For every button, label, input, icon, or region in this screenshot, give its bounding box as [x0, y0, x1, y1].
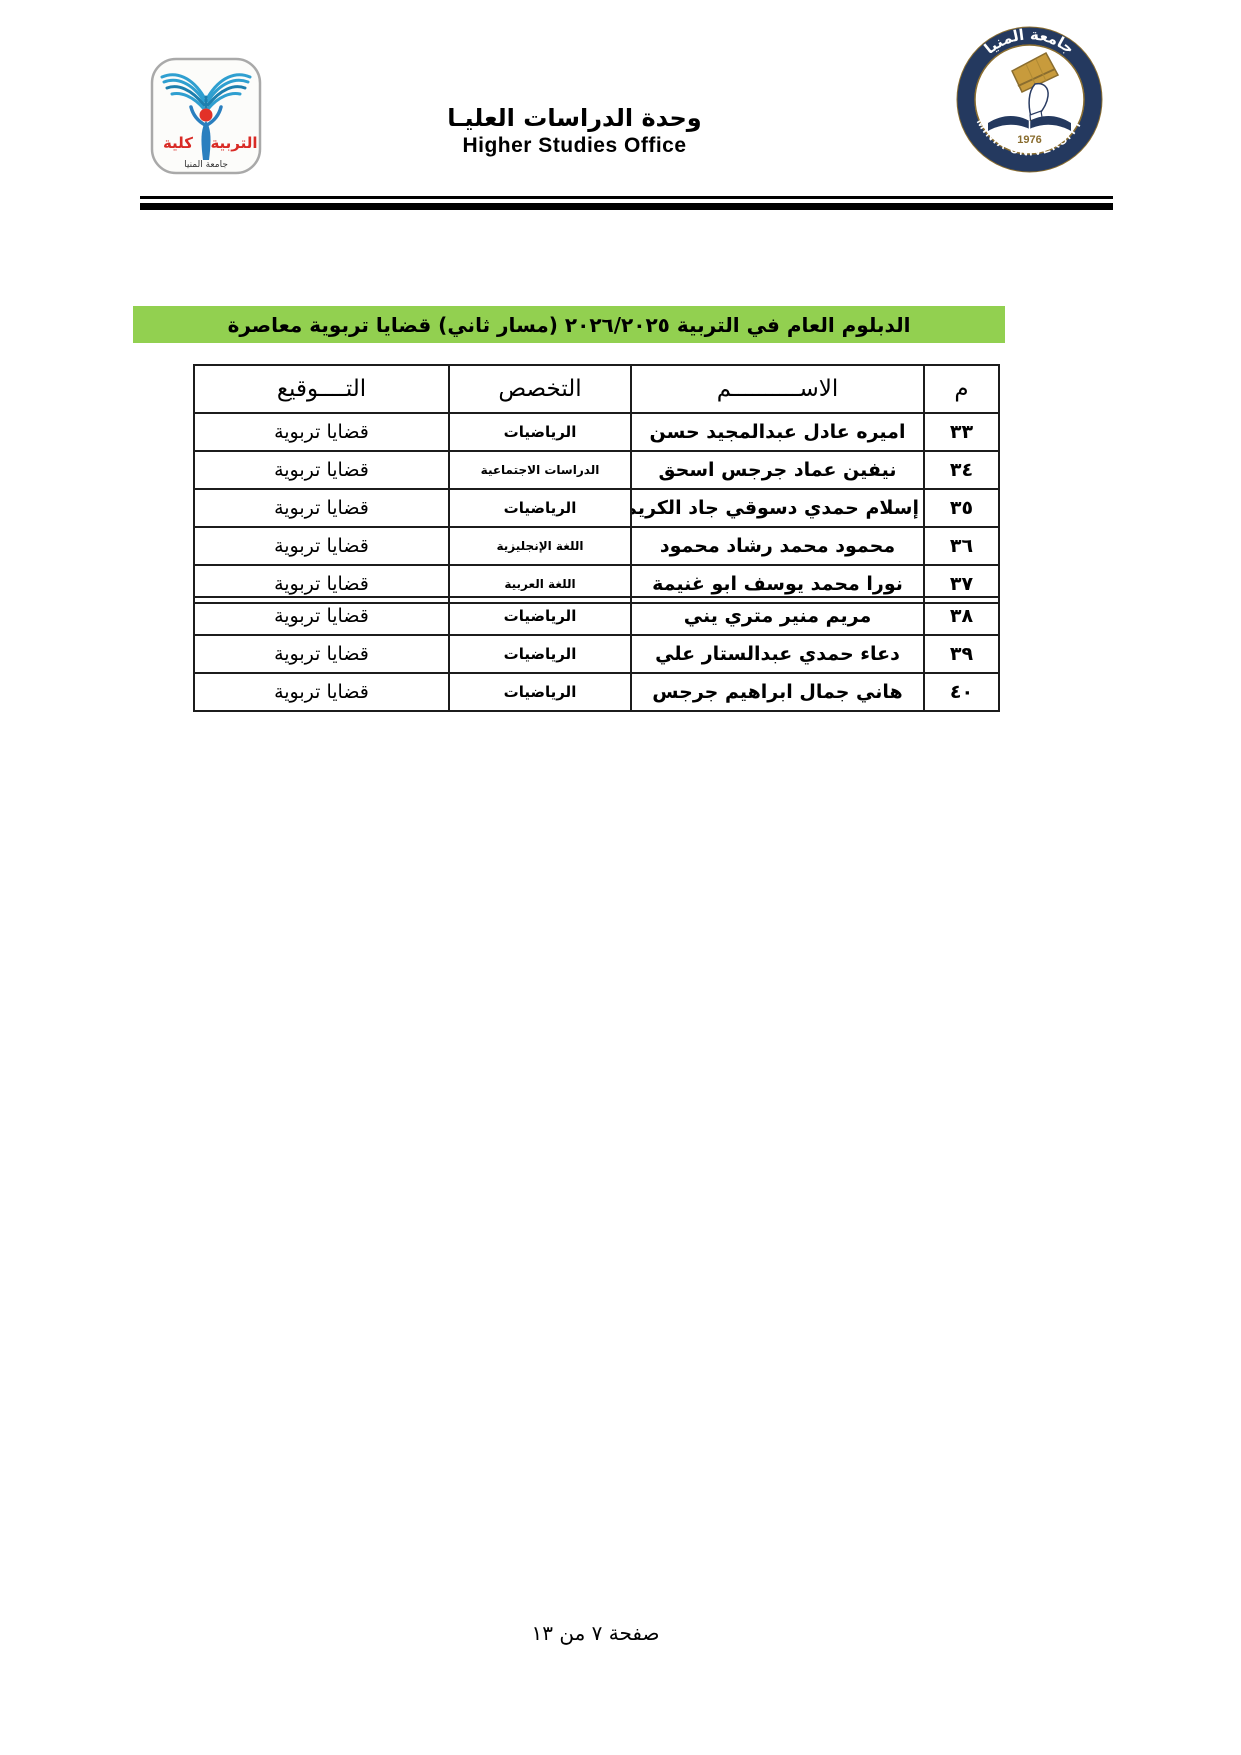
signature-cell: قضايا تربوية — [194, 413, 449, 451]
signature-cell: قضايا تربوية — [194, 489, 449, 527]
specialization-cell: الرياضيات — [449, 635, 631, 673]
specialization-cell: الرياضيات — [449, 597, 631, 635]
student-name-cell: اميره عادل عبدالمجيد حسن — [631, 413, 924, 451]
signature-cell: قضايا تربوية — [194, 673, 449, 711]
row-number-cell: ٣٤ — [924, 451, 999, 489]
header-cell-number: م — [924, 365, 999, 413]
minia-university-logo-icon: جامعة المنيا MINIA UNIVERSITY 1976 — [956, 26, 1103, 173]
program-title-bar: الدبلوم العام في التربية ٢٠٢٦/٢٠٢٥ (مسار… — [133, 306, 1005, 343]
table-row: ٣٦محمود محمد رشاد محموداللغة الإنجليزيةق… — [194, 527, 999, 565]
document-page: كلية التربية جامعة المنيا وحدة الدراسات … — [0, 0, 1241, 1755]
faculty-logo-bottom-text: جامعة المنيا — [184, 160, 228, 170]
row-number-cell: ٣٨ — [924, 597, 999, 635]
specialization-cell: الدراسات الاجتماعية — [449, 451, 631, 489]
signature-cell: قضايا تربوية — [194, 527, 449, 565]
student-name-cell: نيفين عماد جرجس اسحق — [631, 451, 924, 489]
student-name-cell: دعاء حمدي عبدالستار علي — [631, 635, 924, 673]
specialization-cell: الرياضيات — [449, 489, 631, 527]
row-number-cell: ٣٣ — [924, 413, 999, 451]
specialization-cell: اللغة الإنجليزية — [449, 527, 631, 565]
signature-cell: قضايا تربوية — [194, 451, 449, 489]
page-number: صفحة ٧ من ١٣ — [0, 1621, 1216, 1645]
seal-year-text: 1976 — [1017, 134, 1041, 146]
header-cell-name: الاســــــــــم — [631, 365, 924, 413]
student-name-cell: مريم منير متري يني — [631, 597, 924, 635]
table-row: ٣٥إسلام حمدي دسوقي جاد الكريمالرياضياتقض… — [194, 489, 999, 527]
specialization-cell: الرياضيات — [449, 413, 631, 451]
student-name-cell: محمود محمد رشاد محمود — [631, 527, 924, 565]
table-row: ٣٩دعاء حمدي عبدالستار عليالرياضياتقضايا … — [194, 635, 999, 673]
row-number-cell: ٣٥ — [924, 489, 999, 527]
header-rule-thin — [140, 196, 1113, 199]
table-row: ٣٣اميره عادل عبدالمجيد حسنالرياضياتقضايا… — [194, 413, 999, 451]
signature-cell: قضايا تربوية — [194, 597, 449, 635]
table-row: ٤٠هاني جمال ابراهيم جرجسالرياضياتقضايا ت… — [194, 673, 999, 711]
row-number-cell: ٣٦ — [924, 527, 999, 565]
students-table-continued: ٣٨مريم منير متري ينيالرياضياتقضايا تربوي… — [193, 596, 1000, 712]
row-number-cell: ٣٩ — [924, 635, 999, 673]
program-title: الدبلوم العام في التربية ٢٠٢٦/٢٠٢٥ (مسار… — [228, 313, 911, 337]
table-header-row: م الاســــــــــم التخصص التــــوقيع — [194, 365, 999, 413]
student-name-cell: إسلام حمدي دسوقي جاد الكريم — [631, 489, 924, 527]
header-cell-specialization: التخصص — [449, 365, 631, 413]
signature-cell: قضايا تربوية — [194, 635, 449, 673]
row-number-cell: ٤٠ — [924, 673, 999, 711]
table-row: ٣٨مريم منير متري ينيالرياضياتقضايا تربوي… — [194, 597, 999, 635]
header-rule-thick — [140, 203, 1113, 210]
header-cell-signature: التــــوقيع — [194, 365, 449, 413]
students-table: م الاســــــــــم التخصص التــــوقيع ٣٣ا… — [193, 364, 1000, 604]
table-row: ٣٤نيفين عماد جرجس اسحقالدراسات الاجتماعي… — [194, 451, 999, 489]
student-name-cell: هاني جمال ابراهيم جرجس — [631, 673, 924, 711]
specialization-cell: الرياضيات — [449, 673, 631, 711]
